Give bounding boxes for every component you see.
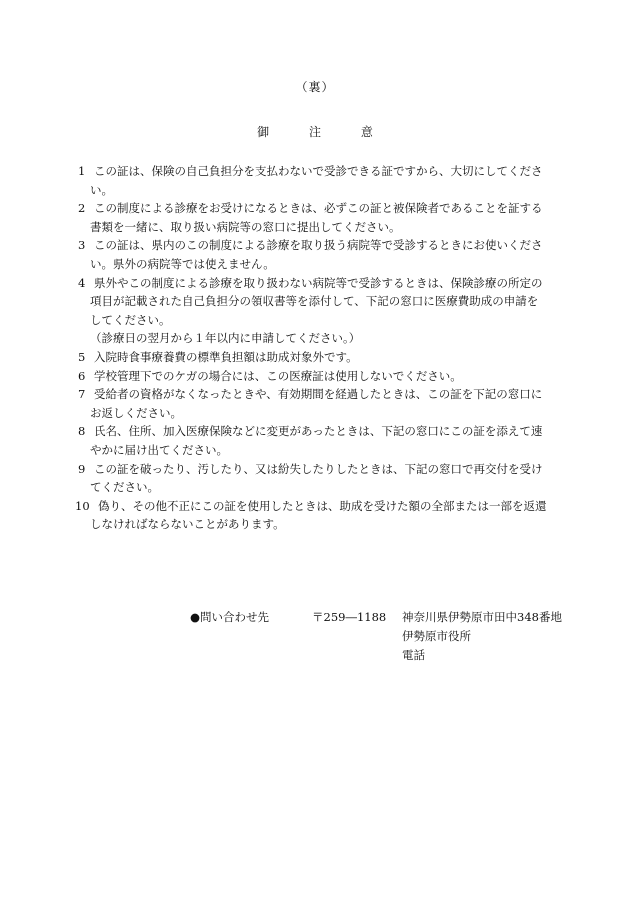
contact-phone-label: 電話: [402, 646, 562, 665]
item-text: この証は、県内のこの制度による診療を取り扱う病院等で受診するときにお使いください…: [90, 236, 548, 273]
item-number: 8: [78, 422, 92, 441]
item-text: この証を破ったり、汚したり、又は紛失したりしたときは、下記の窓口で再交付を受けて…: [90, 460, 548, 497]
notice-list: 1 この証は、保険の自己負担分を支払わないで受診できる証ですから、大切にしてくだ…: [76, 162, 548, 534]
notice-item-3: 3 この証は、県内のこの制度による診療を取り扱う病院等で受診するときにお使いくだ…: [76, 236, 548, 273]
item-text: この証は、保険の自己負担分を支払わないで受診できる証ですから、大切にしてください…: [90, 162, 548, 199]
item-text: 学校管理下でのケガの場合には、この医療証は使用しないでください。: [90, 367, 548, 386]
notice-item-10: 10 偽り、その他不正にこの証を使用したときは、助成を受けた額の全部または一部を…: [76, 497, 548, 534]
notice-item-8: 8 氏名、住所、加入医療保険などに変更があったときは、下記の窓口にこの証を添えて…: [76, 422, 548, 459]
item-number: 5: [78, 348, 92, 367]
item-number: 4: [78, 274, 92, 293]
item-number: 2: [78, 199, 92, 218]
item-text: 偽り、その他不正にこの証を使用したときは、助成を受けた額の全部または一部を返還し…: [90, 497, 548, 534]
title-char: 御: [257, 123, 269, 140]
item-text: 受給者の資格がなくなったときや、有効期間を経過したときは、この証を下記の窓口にお…: [90, 385, 548, 422]
item-4-note: （診療日の翌月から１年以内に申請してください。）: [76, 329, 548, 348]
contact-info: ●問い合わせ先 〒259―1188 神奈川県伊勢原市田中348番地 伊勢原市役所…: [190, 608, 562, 665]
notice-item-4: 4 県外やこの制度による診療を取り扱わない病院等で受診するときは、保険診療の所定…: [76, 274, 548, 330]
title-char: 意: [361, 123, 373, 140]
contact-label: ●問い合わせ先: [190, 608, 312, 665]
item-text: 氏名、住所、加入医療保険などに変更があったときは、下記の窓口にこの証を添えて速や…: [90, 422, 548, 459]
item-text: この制度による診療をお受けになるときは、必ずこの証と被保険者であることを証する書…: [90, 199, 548, 236]
notice-item-2: 2 この制度による診療をお受けになるときは、必ずこの証と被保険者であることを証す…: [76, 199, 548, 236]
notice-item-7: 7 受給者の資格がなくなったときや、有効期間を経過したときは、この証を下記の窓口…: [76, 385, 548, 422]
item-number: 6: [78, 367, 92, 386]
postal-code: 〒259―1188: [312, 608, 402, 665]
contact-office: 伊勢原市役所: [402, 627, 562, 646]
notice-item-6: 6 学校管理下でのケガの場合には、この医療証は使用しないでください。: [76, 367, 548, 386]
item-number: 7: [78, 385, 92, 404]
item-number: 3: [78, 236, 92, 255]
item-number: 9: [78, 460, 92, 479]
title-char: 注: [309, 123, 321, 140]
item-text: 入院時食事療養費の標準負担額は助成対象外です。: [90, 348, 548, 367]
page-side-label: （裏）: [0, 78, 630, 95]
item-number: 1: [78, 162, 92, 181]
notice-title: 御 注 意: [0, 123, 630, 140]
item-text: 県外やこの制度による診療を取り扱わない病院等で受診するときは、保険診療の所定の項…: [90, 274, 548, 330]
notice-item-9: 9 この証を破ったり、汚したり、又は紛失したりしたときは、下記の窓口で再交付を受…: [76, 460, 548, 497]
item-number: 10: [75, 497, 89, 516]
notice-item-1: 1 この証は、保険の自己負担分を支払わないで受診できる証ですから、大切にしてくだ…: [76, 162, 548, 199]
contact-address: 神奈川県伊勢原市田中348番地: [402, 608, 562, 627]
notice-item-5: 5 入院時食事療養費の標準負担額は助成対象外です。: [76, 348, 548, 367]
